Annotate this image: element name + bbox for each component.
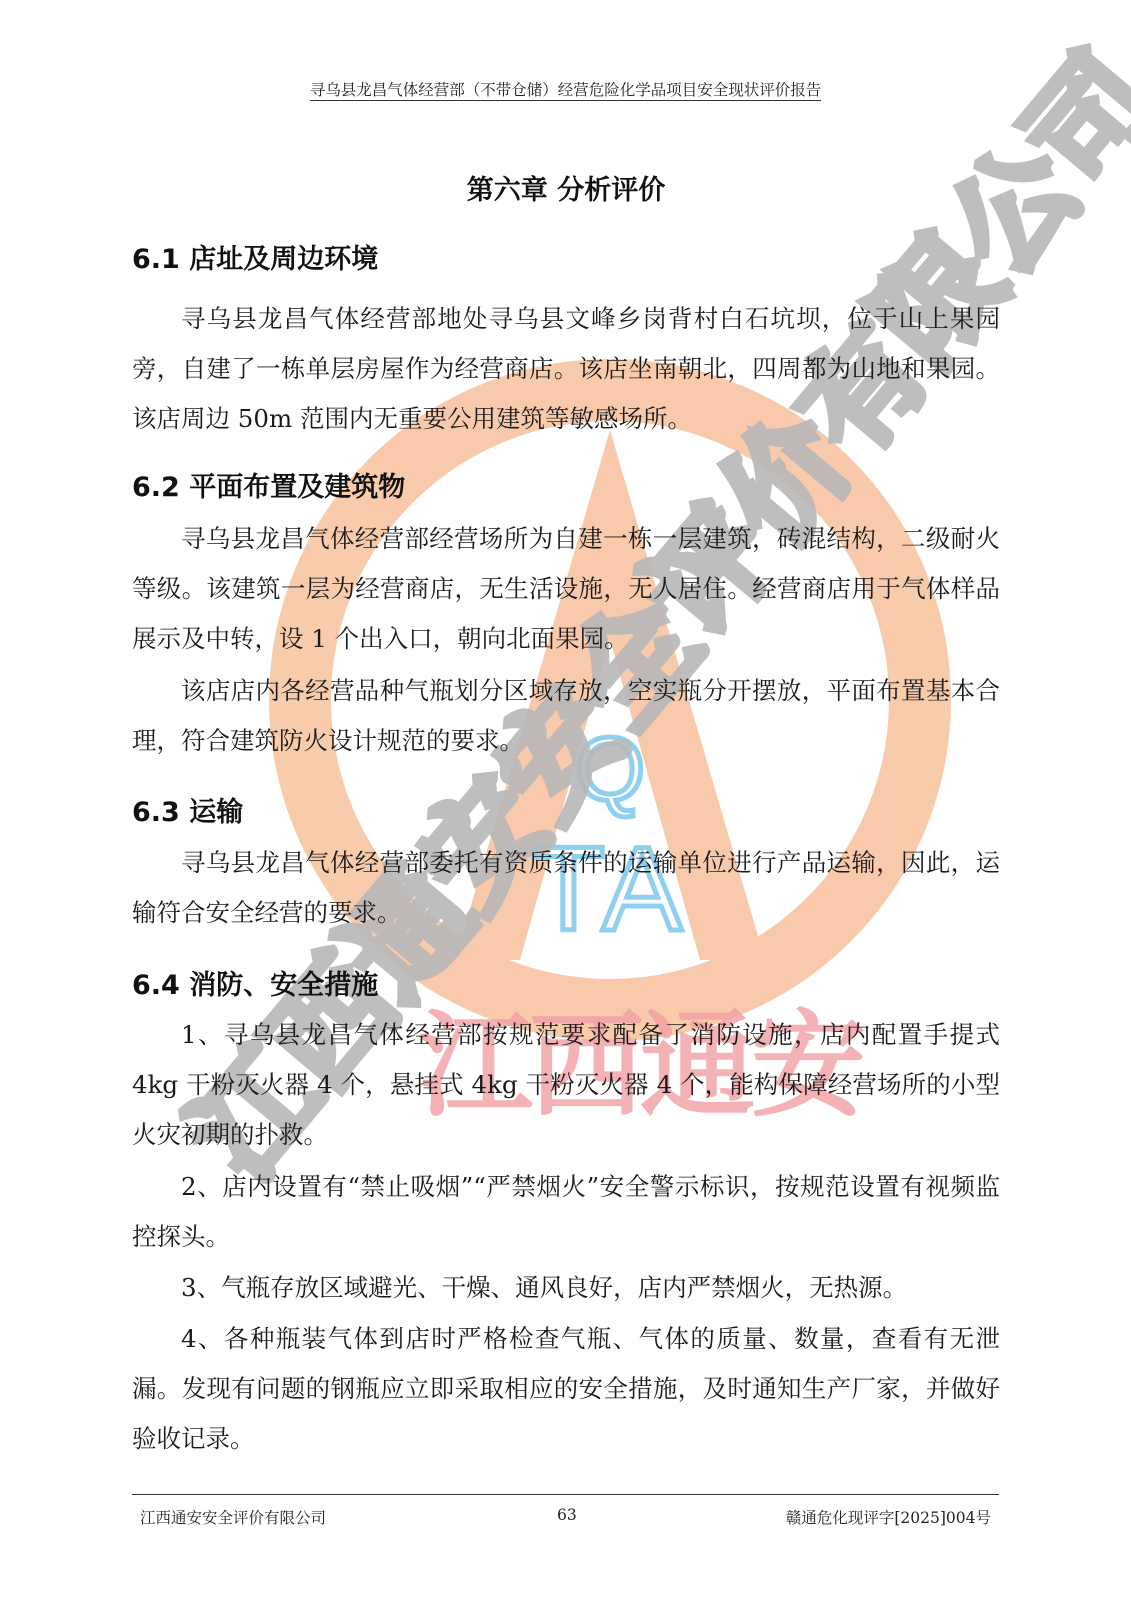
- section-heading-6-4: 6.4 消防、安全措施: [132, 963, 378, 1002]
- footer-divider: [132, 1494, 999, 1495]
- section-heading-6-3: 6.3 运输: [132, 790, 243, 829]
- paragraph: 2、店内设置有“禁止吸烟”“严禁烟火”安全警示标识，按规范设置有视频监控探头。: [132, 1162, 1000, 1262]
- section-heading-6-2: 6.2 平面布置及建筑物: [132, 465, 405, 504]
- document-page: 寻乌县龙昌气体经营部（不带仓储）经营危险化学品项目安全现状评价报告 Q TA 江…: [0, 0, 1131, 1600]
- paragraph: 该店店内各经营品种气瓶划分区域存放，空实瓶分开摆放，平面布置基本合理，符合建筑防…: [132, 666, 1000, 766]
- paragraph: 4、各种瓶装气体到店时严格检查气瓶、气体的质量、数量，查看有无泄漏。发现有问题的…: [132, 1314, 1000, 1464]
- section-heading-6-1: 6.1 店址及周边环境: [132, 237, 378, 276]
- paragraph: 寻乌县龙昌气体经营部委托有资质条件的运输单位进行产品运输，因此，运输符合安全经营…: [132, 838, 1000, 938]
- paragraph: 寻乌县龙昌气体经营部经营场所为自建一栋一层建筑，砖混结构，二级耐火等级。该建筑一…: [132, 514, 1000, 664]
- chapter-title: 第六章 分析评价: [132, 168, 1000, 207]
- footer-company: 江西通安安全评价有限公司: [140, 1506, 326, 1528]
- paragraph: 3、气瓶存放区域避光、干燥、通风良好，店内严禁烟火，无热源。: [132, 1263, 1000, 1313]
- paragraph: 1、寻乌县龙昌气体经营部按规范要求配备了消防设施，店内配置手提式 4kg 干粉灭…: [132, 1010, 1000, 1160]
- running-header: 寻乌县龙昌气体经营部（不带仓储）经营危险化学品项目安全现状评价报告: [0, 78, 1131, 100]
- paragraph: 寻乌县龙昌气体经营部地处寻乌县文峰乡岗背村白石坑坝，位于山上果园旁，自建了一栋单…: [132, 294, 1000, 444]
- footer-doc-number: 赣通危化现评字[2025]004号: [786, 1506, 991, 1528]
- page-number: 63: [557, 1506, 577, 1524]
- running-header-title: 寻乌县龙昌气体经营部（不带仓储）经营危险化学品项目安全现状评价报告: [310, 81, 822, 101]
